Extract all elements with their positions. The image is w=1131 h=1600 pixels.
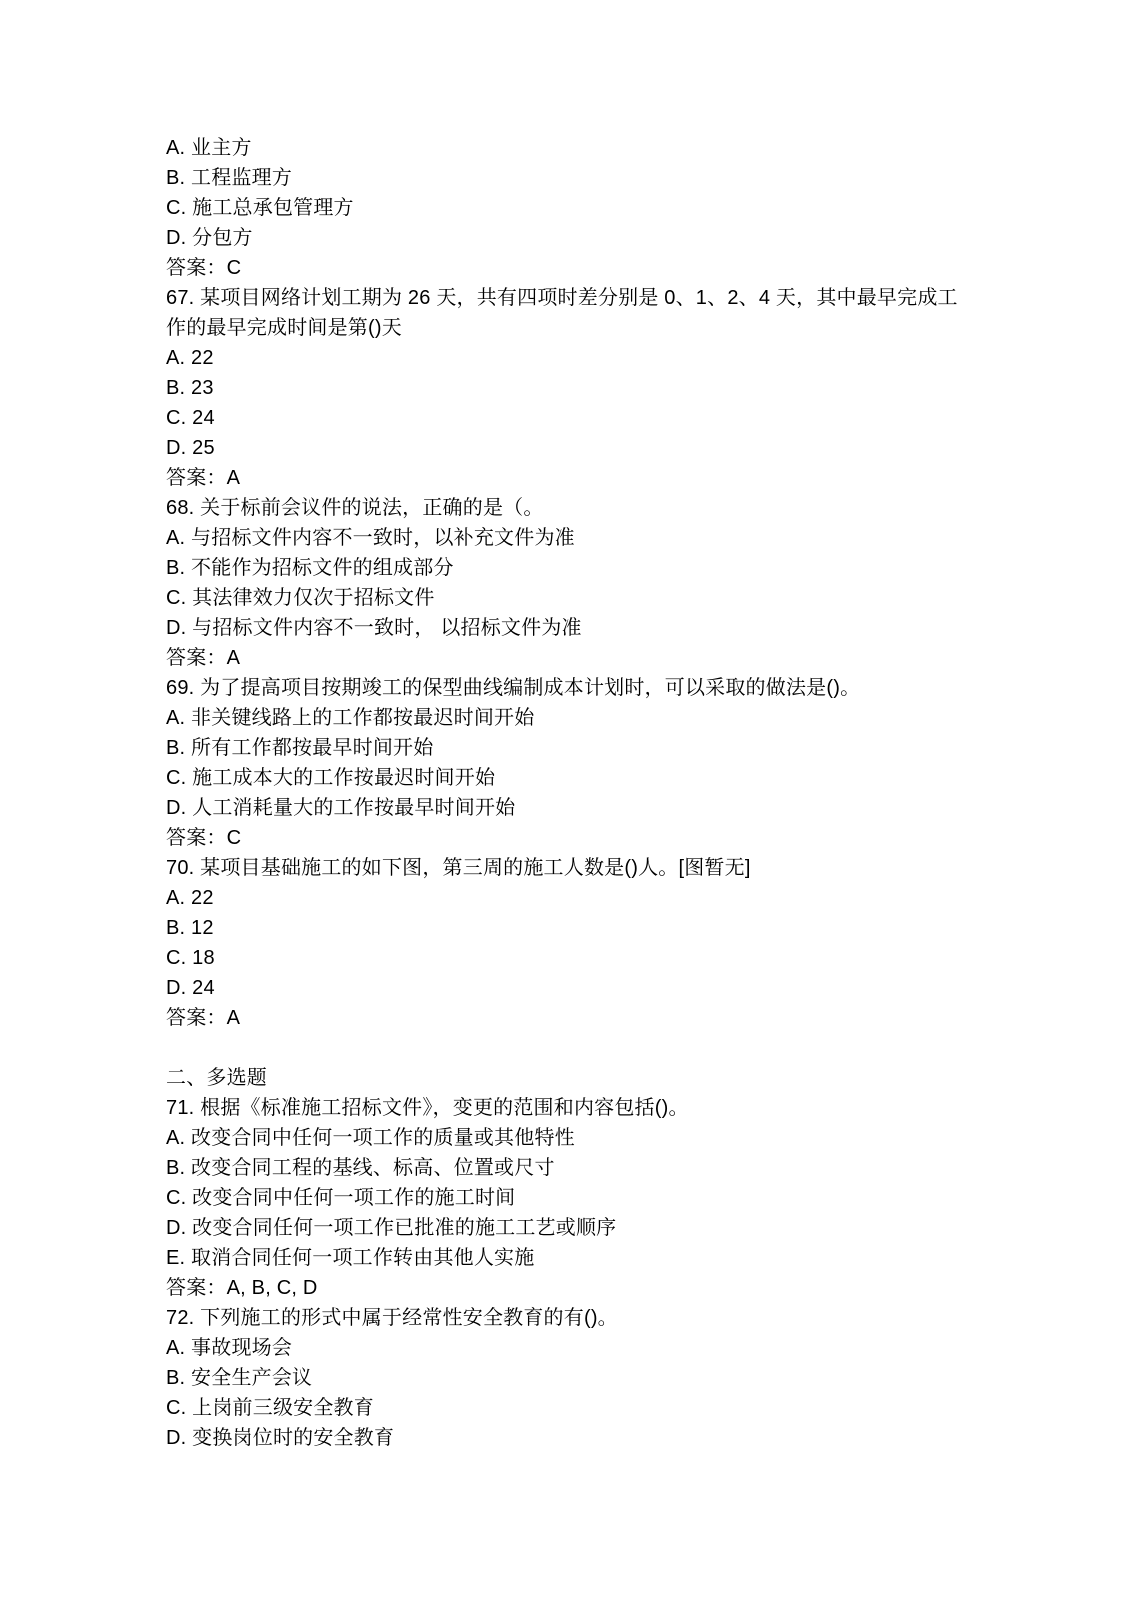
answer-option: B. 工程监理方 [166,163,966,193]
answer-option: B. 23 [166,373,966,403]
answer-line: 答案：A [166,1003,966,1033]
answer-option: A. 22 [166,883,966,913]
answer-option: D. 人工消耗量大的工作按最早时间开始 [166,793,966,823]
answer-option: A. 业主方 [166,133,966,163]
answer-option: D. 改变合同任何一项工作已批准的施工工艺或顺序 [166,1213,966,1243]
answer-option: D. 25 [166,433,966,463]
answer-line: 答案：A, B, C, D [166,1273,966,1303]
answer-option: C. 施工成本大的工作按最迟时间开始 [166,763,966,793]
document-content: A. 业主方B. 工程监理方C. 施工总承包管理方D. 分包方答案：C67. 某… [166,133,966,1453]
answer-line: 答案：A [166,463,966,493]
blank-line [166,1033,966,1063]
answer-option: C. 其法律效力仅次于招标文件 [166,583,966,613]
answer-option: A. 非关键线路上的工作都按最迟时间开始 [166,703,966,733]
question-text: 69. 为了提高项目按期竣工的保型曲线编制成本计划时，可以采取的做法是()。 [166,673,966,703]
question-text: 68. 关于标前会议件的说法，正确的是（。 [166,493,966,523]
answer-option: B. 所有工作都按最早时间开始 [166,733,966,763]
answer-option: B. 不能作为招标文件的组成部分 [166,553,966,583]
question-text: 70. 某项目基础施工的如下图，第三周的施工人数是()人。[图暂无] [166,853,966,883]
answer-option: D. 与招标文件内容不一致时， 以招标文件为准 [166,613,966,643]
section-heading: 二、多选题 [166,1063,966,1093]
answer-option: B. 安全生产会议 [166,1363,966,1393]
answer-line: 答案：C [166,823,966,853]
answer-option: A. 与招标文件内容不一致时，以补充文件为准 [166,523,966,553]
question-text: 72. 下列施工的形式中属于经常性安全教育的有()。 [166,1303,966,1333]
answer-option: A. 22 [166,343,966,373]
answer-option: C. 施工总承包管理方 [166,193,966,223]
answer-option: E. 取消合同任何一项工作转由其他人实施 [166,1243,966,1273]
document-page: A. 业主方B. 工程监理方C. 施工总承包管理方D. 分包方答案：C67. 某… [0,0,1131,1600]
question-text: 67. 某项目网络计划工期为 26 天，共有四项时差分别是 0、1、2、4 天，… [166,283,966,343]
answer-option: C. 18 [166,943,966,973]
answer-option: C. 24 [166,403,966,433]
answer-option: D. 24 [166,973,966,1003]
answer-option: A. 改变合同中任何一项工作的质量或其他特性 [166,1123,966,1153]
answer-option: D. 分包方 [166,223,966,253]
answer-option: B. 改变合同工程的基线、标高、位置或尺寸 [166,1153,966,1183]
answer-option: B. 12 [166,913,966,943]
answer-line: 答案：A [166,643,966,673]
answer-option: C. 上岗前三级安全教育 [166,1393,966,1423]
answer-option: D. 变换岗位时的安全教育 [166,1423,966,1453]
question-text: 71. 根据《标准施工招标文件》，变更的范围和内容包括()。 [166,1093,966,1123]
answer-option: C. 改变合同中任何一项工作的施工时间 [166,1183,966,1213]
answer-line: 答案：C [166,253,966,283]
answer-option: A. 事故现场会 [166,1333,966,1363]
